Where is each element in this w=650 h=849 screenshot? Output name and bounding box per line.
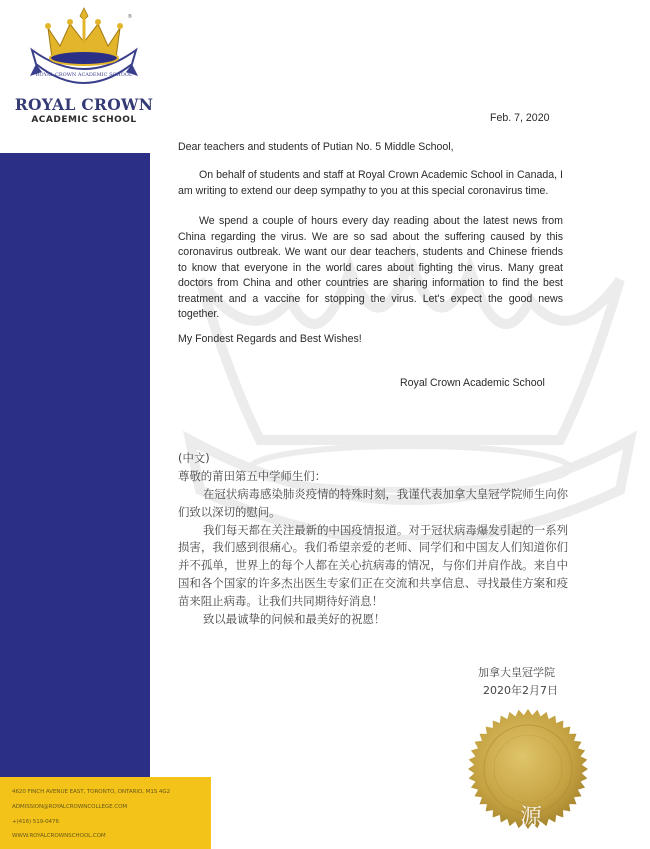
- chinese-signature: 加拿大皇冠学院: [478, 664, 555, 680]
- contact-footer: 4620 FINCH AVENUE EAST, TORONTO, ONTARIO…: [0, 777, 211, 849]
- svg-text:®: ®: [128, 13, 132, 20]
- school-logo: ROYAL CROWN ACADEMIC SCHOOL ® ROYAL CROW…: [14, 6, 154, 131]
- crown-icon: ROYAL CROWN ACADEMIC SCHOOL ®: [28, 6, 140, 91]
- chinese-date: 2020年2月7日: [483, 682, 558, 698]
- overlay-watermark: 源: [520, 800, 542, 831]
- logo-subtitle: ACADEMIC SCHOOL: [14, 115, 154, 125]
- letter-salutation: Dear teachers and students of Putian No.…: [178, 140, 454, 156]
- letter-paragraph-1: On behalf of students and staff at Royal…: [178, 168, 563, 199]
- svg-text:ROYAL CROWN ACADEMIC SCHOOL: ROYAL CROWN ACADEMIC SCHOOL: [36, 72, 133, 78]
- footer-email[interactable]: ADMISSION@ROYALCROWNCOLLEGE.COM: [12, 804, 127, 810]
- chinese-paragraph-2: 我们每天都在关注最新的中国疫情报道。对于冠状病毒爆发引起的一系列损害，我们感到很…: [178, 522, 568, 611]
- letter-closing: My Fondest Regards and Best Wishes!: [178, 332, 362, 348]
- letter-signature: Royal Crown Academic School: [400, 376, 545, 392]
- footer-address: 4620 FINCH AVENUE EAST, TORONTO, ONTARIO…: [12, 789, 170, 795]
- letter-paragraph-2: We spend a couple of hours every day rea…: [178, 214, 563, 323]
- letter-date: Feb. 7, 2020: [490, 111, 550, 127]
- chinese-greeting: 尊敬的莆田第五中学师生们：: [178, 468, 568, 486]
- brand-blue-bar: [0, 153, 150, 777]
- chinese-body: 在冠状病毒感染肺炎疫情的特殊时刻，我谨代表加拿大皇冠学院师生向你们致以深切的慰问…: [178, 486, 568, 628]
- logo-title: ROYAL CROWN: [14, 95, 154, 114]
- footer-phone: +(416) 519-0476: [12, 819, 59, 825]
- footer-website[interactable]: WWW.ROYALCROWNSCHOOL.COM: [12, 833, 106, 839]
- chinese-paragraph-1: 在冠状病毒感染肺炎疫情的特殊时刻，我谨代表加拿大皇冠学院师生向你们致以深切的慰问…: [178, 486, 568, 522]
- chinese-paragraph-3: 致以最诚挚的问候和最美好的祝愿！: [178, 611, 568, 629]
- chinese-label: (中文): [178, 450, 568, 468]
